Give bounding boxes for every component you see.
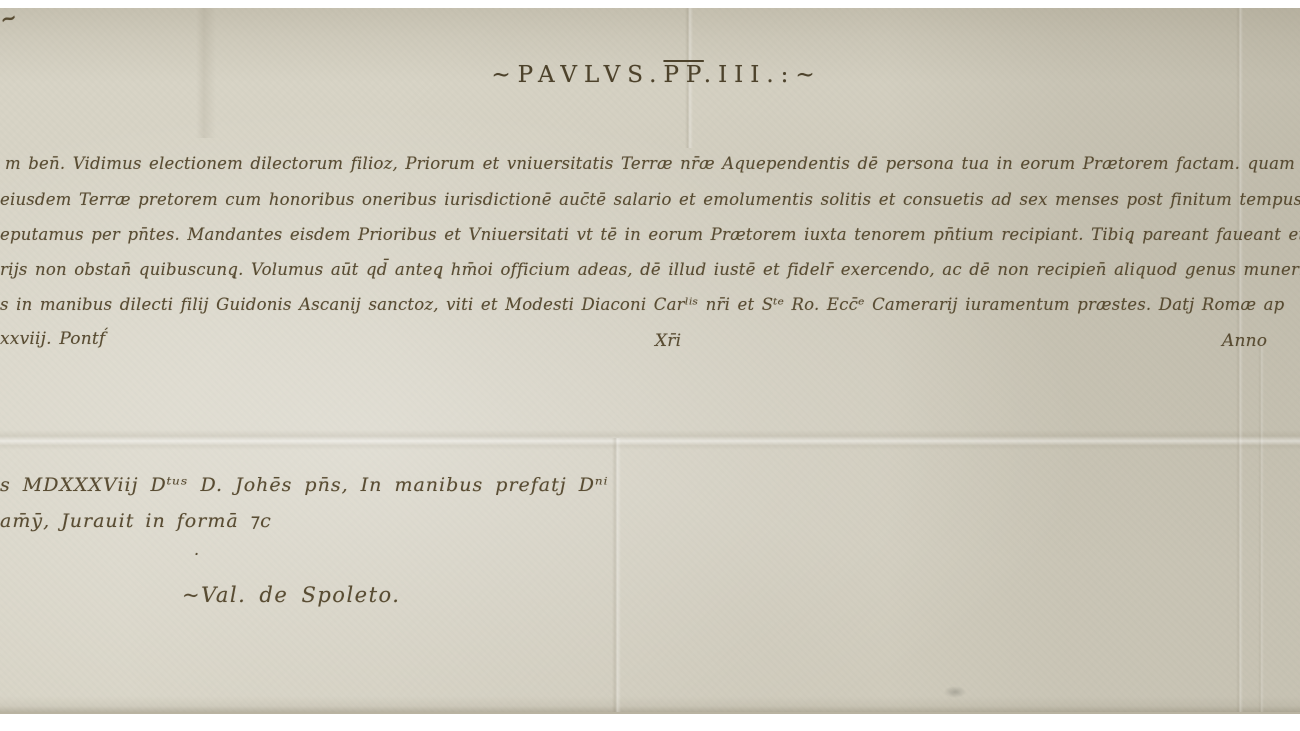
dateline-right: Anno xyxy=(1222,331,1267,351)
registration-line: s MDXXXViij Dᵗᵘˢ D. Johēs pn̄s, In manib… xyxy=(0,474,608,496)
registration-line: am̄ȳ, Jurauit in formā ⁊c xyxy=(0,510,272,532)
title-text-pre: ~PAVLVS. xyxy=(491,62,663,88)
ink-mark: ~ xyxy=(0,8,19,32)
manuscript-line: s in manibus dilecti filij Guidonis Asca… xyxy=(0,295,1284,314)
manuscript-line: m ben̄. Vidimus electionem dilectorum fi… xyxy=(5,154,1295,173)
manuscript-line: rijs non obstan̄ quibuscunq̨. Volumus aū… xyxy=(0,260,1300,279)
ink-dot: . xyxy=(194,540,199,559)
fold-crease-vertical xyxy=(1258,338,1264,712)
fold-crease-vertical xyxy=(196,8,216,138)
fold-crease-vertical xyxy=(1236,8,1243,712)
signature-line: ~Val. de Spoleto. xyxy=(182,583,400,607)
smudge-stain xyxy=(940,684,970,700)
manuscript-line: eiusdem Terræ pretorem cum honoribus one… xyxy=(0,190,1300,209)
title-text-post: .III.:~ xyxy=(704,62,822,88)
manuscript-line: eputamus per pn̄tes. Mandantes eisdem Pr… xyxy=(0,225,1300,244)
dateline-left: xxviij. Pontf́ xyxy=(0,329,105,349)
fold-crease-horizontal xyxy=(0,430,1300,450)
parchment-document: ~ ~PAVLVS.PP.III.:~ m ben̄. Vidimus elec… xyxy=(0,8,1300,714)
dateline-center: Xr̄i xyxy=(655,331,681,351)
fold-crease-vertical xyxy=(612,438,621,712)
title-text-pp-overlined: PP xyxy=(663,62,703,88)
document-title: ~PAVLVS.PP.III.:~ xyxy=(491,62,821,88)
photo-background: ~ ~PAVLVS.PP.III.:~ m ben̄. Vidimus elec… xyxy=(0,0,1300,731)
